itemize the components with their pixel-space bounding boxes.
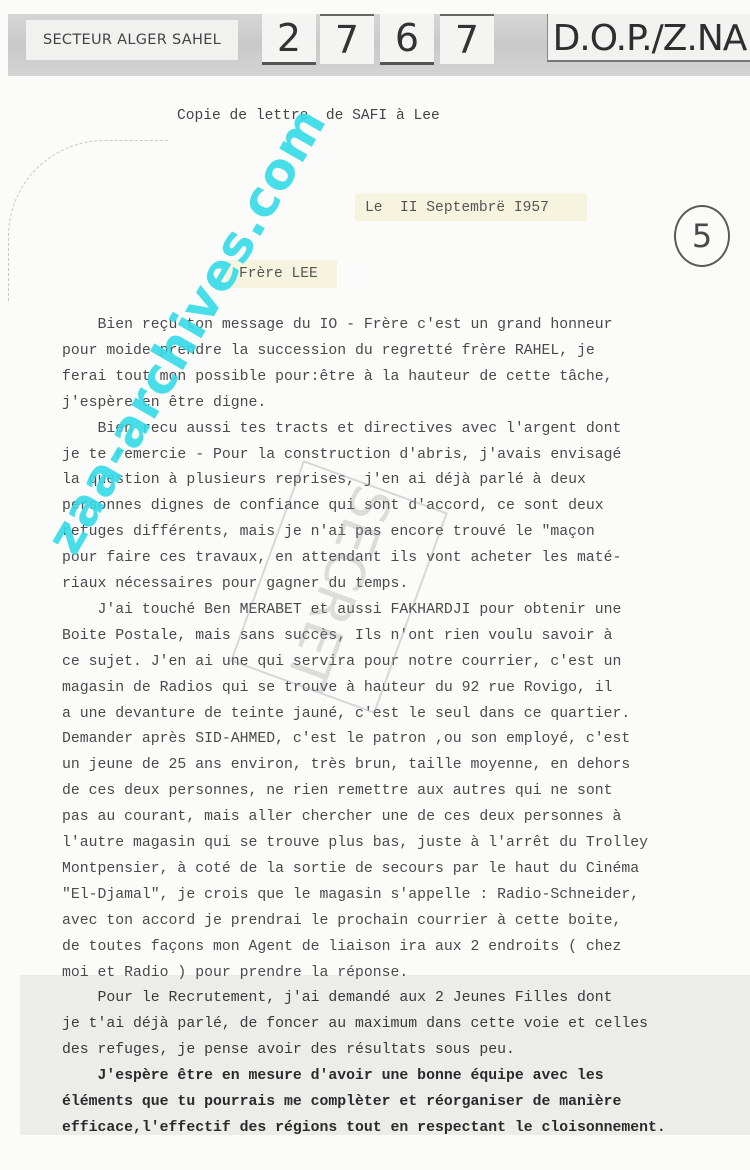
letter-date: Le II Septembrë I957 (365, 201, 549, 216)
body-line: moi et Radio ) pour prendre la réponse. (62, 966, 408, 981)
agency-code-underline (548, 60, 750, 62)
body-line: Montpensier, à coté de la sortie de seco… (62, 862, 639, 877)
body-line: de ces deux personnes, ne rien remettre … (62, 784, 613, 799)
body-line: des refuges, je pense avoir des résultat… (62, 1043, 515, 1058)
sector-label: SECTEUR ALGER SAHEL (26, 20, 238, 60)
body-line: Bien reçu ton message du IO - Frère c'es… (62, 318, 613, 333)
body-line: J'espère être en mesure d'avoir une bonn… (62, 1069, 604, 1084)
body-line: avec ton accord je prendrai le prochain … (62, 914, 621, 929)
body-line: un jeune de 25 ans environ, très brun, t… (62, 758, 630, 773)
body-line: l'autre magasin qui se trouve plus bas, … (62, 836, 648, 851)
file-number-digit-3: 6 (380, 14, 434, 65)
body-line: éléments que tu pourrais me complèter et… (62, 1095, 621, 1110)
file-number-digit-1: 2 (262, 14, 316, 65)
body-line: efficace,l'effectif des régions tout en … (62, 1121, 666, 1136)
body-line: Demander après SID-AHMED, c'est le patro… (62, 732, 630, 747)
body-line: "El-Djamal", je crois que le magasin s'a… (62, 888, 639, 903)
scanned-document-page: SECTEUR ALGER SAHEL 2 7 6 7 D.O.P./Z.NA … (0, 0, 750, 1170)
body-line: de toutes façons mon Agent de liaison ir… (62, 940, 621, 955)
file-number-digit-4: 7 (440, 14, 494, 64)
body-line: a une devanture de teinte jauné, c'est l… (62, 707, 630, 722)
body-line: je t'ai déjà parlé, de foncer au maximum… (62, 1017, 648, 1032)
body-line: pas au courant, mais aller chercher une … (62, 810, 621, 825)
file-number-digit-2: 7 (320, 14, 374, 64)
agency-code: D.O.P./Z.NA (547, 14, 750, 62)
faint-arc-mark (8, 140, 169, 301)
page-mark-circled: 5 (674, 205, 730, 267)
body-line: Pour le Recrutement, j'ai demandé aux 2 … (62, 991, 613, 1006)
